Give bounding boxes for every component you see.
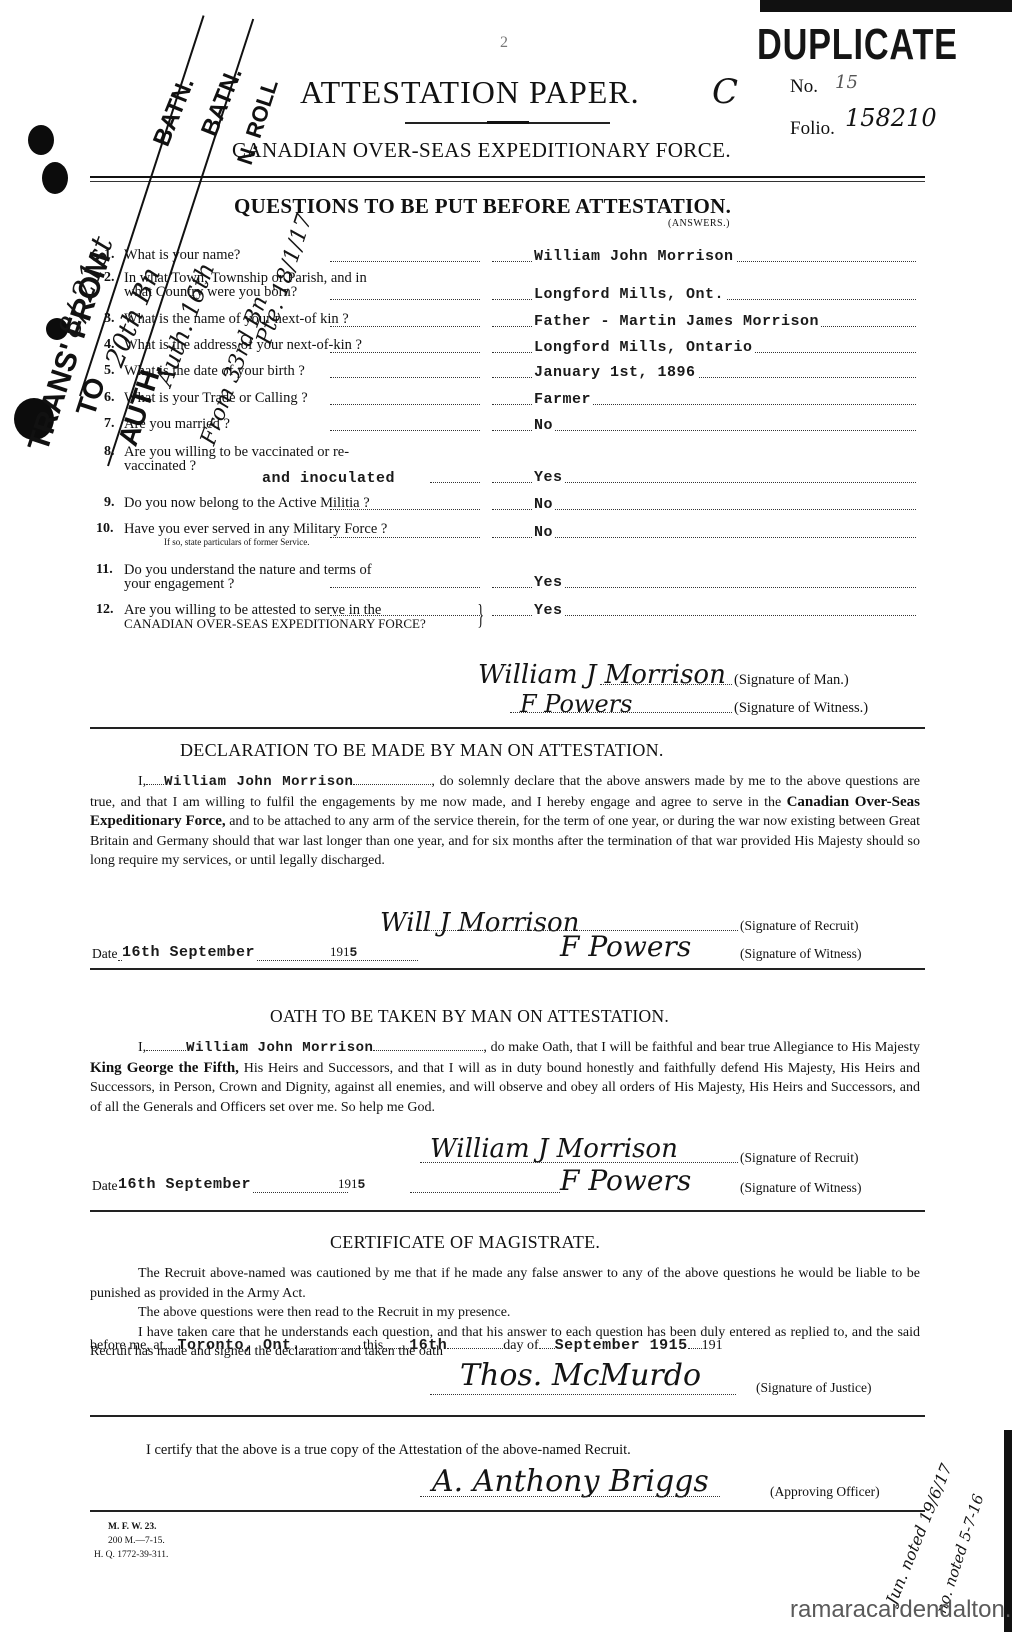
signature-man: William J Morrison xyxy=(478,660,726,690)
signature-approving-officer: A. Anthony Briggs xyxy=(432,1464,709,1499)
question-leader xyxy=(330,587,480,588)
answer-value: No xyxy=(532,496,555,513)
answer-value: January 1st, 1896 xyxy=(532,364,698,381)
declaration-name: William John Morrison xyxy=(164,774,353,790)
declaration-signature-recruit-label: (Signature of Recruit) xyxy=(740,918,858,934)
signature-justice-label: (Signature of Justice) xyxy=(756,1380,871,1396)
signature-justice-line xyxy=(430,1394,736,1395)
signature-man-label: (Signature of Man.) xyxy=(734,672,849,689)
stamp-batn-1: BATN. xyxy=(148,74,201,151)
declaration-date-label: Date xyxy=(92,946,117,962)
declaration-signature-witness: F Powers xyxy=(560,930,691,964)
brace: } xyxy=(477,600,484,632)
declaration-signature-witness-label: (Signature of Witness) xyxy=(740,946,861,962)
watermark: ramaracardendalton.com xyxy=(790,1596,1012,1624)
oath-date-label: Date xyxy=(92,1178,117,1194)
signature-officer-line xyxy=(420,1496,720,1497)
question-leader xyxy=(330,377,480,378)
question-leader xyxy=(330,430,480,431)
magistrate-place-line: before me, atToronto, Ont.this16thday of… xyxy=(90,1337,920,1354)
question-number: 11. xyxy=(96,562,113,578)
form-code-3: H. Q. 1772-39-311. xyxy=(94,1550,168,1560)
question-leader xyxy=(430,482,480,483)
signature-man-line xyxy=(600,684,732,685)
answer-value: Yes xyxy=(532,574,565,591)
section-divider xyxy=(90,968,925,970)
signature-justice: Thos. McMurdo xyxy=(460,1358,701,1393)
answer-leader xyxy=(492,430,916,431)
signature-officer-label: (Approving Officer) xyxy=(770,1484,880,1500)
answer-value: No xyxy=(532,524,555,541)
question-text: your engagement ? xyxy=(124,576,234,593)
answer-value: Yes xyxy=(532,602,565,619)
double-rule-bottom xyxy=(90,181,925,182)
typed-insert: and inoculated xyxy=(262,470,395,487)
form-code-1: M. F. W. 23. xyxy=(108,1522,156,1532)
magistrate-month-year: September 1915 xyxy=(555,1337,688,1354)
oath-title: OATH TO BE TAKEN BY MAN ON ATTESTATION. xyxy=(270,1006,669,1027)
signature-witness-label: (Signature of Witness.) xyxy=(734,700,868,717)
answer-leader xyxy=(492,509,916,510)
double-rule-top xyxy=(90,176,925,178)
question-subnote: If so, state particulars of former Servi… xyxy=(164,537,309,547)
answer-value: Farmer xyxy=(532,391,593,408)
magistrate-title: CERTIFICATE OF MAGISTRATE. xyxy=(330,1232,600,1253)
title-annotation: C xyxy=(712,72,738,112)
question-text: CANADIAN OVER-SEAS EXPEDITIONARY FORCE? xyxy=(124,616,426,632)
oath-date-value: 16th September xyxy=(118,1176,253,1193)
oath-witness-line xyxy=(410,1192,560,1193)
answer-value: Father - Martin James Morrison xyxy=(532,313,821,330)
oath-signature-recruit-label: (Signature of Recruit) xyxy=(740,1150,858,1166)
declaration-year: 1915 xyxy=(330,944,358,960)
signature-witness: F Powers xyxy=(520,690,632,719)
question-leader xyxy=(330,537,480,538)
document-subtitle: CANADIAN OVER-SEAS EXPEDITIONARY FORCE. xyxy=(232,138,731,163)
answer-value: William John Morrison xyxy=(532,248,736,265)
question-text: Have you ever served in any Military For… xyxy=(124,521,387,538)
oath-signature-recruit: William J Morrison xyxy=(430,1134,678,1164)
number-value: 15 xyxy=(835,72,858,93)
question-text: vaccinated ? xyxy=(124,458,196,475)
duplicate-stamp: DUPLICATE xyxy=(757,20,958,70)
question-leader xyxy=(330,615,480,616)
oath-signature-witness-label: (Signature of Witness) xyxy=(740,1180,861,1196)
folio-label: Folio. xyxy=(790,118,835,140)
answer-value: Longford Mills, Ont. xyxy=(532,286,726,303)
certify-text: I certify that the above is a true copy … xyxy=(146,1442,631,1459)
question-leader xyxy=(330,509,480,510)
section-divider xyxy=(90,1415,925,1417)
declaration-date-value: 16th September xyxy=(122,944,257,961)
question-text: What is your name? xyxy=(124,247,240,264)
form-code-2: 200 M.—7-15. xyxy=(108,1536,165,1546)
declaration-title: DECLARATION TO BE MADE BY MAN ON ATTESTA… xyxy=(180,740,664,761)
question-number: 10. xyxy=(96,521,114,537)
oath-text: I,William John Morrison, do make Oath, t… xyxy=(90,1038,920,1117)
section-divider xyxy=(90,1510,925,1512)
page-mark: 2 xyxy=(500,34,508,52)
document-title: ATTESTATION PAPER. xyxy=(300,74,640,111)
ink-blot xyxy=(42,162,68,194)
title-rule-accent xyxy=(487,121,529,124)
magistrate-day: 16th xyxy=(409,1337,447,1354)
oath-signature-witness: F Powers xyxy=(560,1164,691,1198)
answers-label: (ANSWERS.) xyxy=(668,218,730,229)
declaration-signature-recruit: Will J Morrison xyxy=(380,908,579,938)
scan-edge-bar xyxy=(760,0,1012,12)
question-leader xyxy=(330,261,480,262)
section-divider xyxy=(90,727,925,729)
question-number: 7. xyxy=(104,416,115,432)
magistrate-place: Toronto, Ont. xyxy=(177,1337,301,1354)
question-leader xyxy=(330,326,480,327)
question-leader xyxy=(330,404,480,405)
folio-value: 158210 xyxy=(845,104,937,132)
question-leader xyxy=(330,352,480,353)
answer-value: Yes xyxy=(532,469,565,486)
oath-name: William John Morrison xyxy=(186,1040,373,1056)
number-label: No. xyxy=(790,76,818,98)
question-leader xyxy=(330,299,480,300)
question-number: 9. xyxy=(104,495,115,511)
oath-signature-recruit-line xyxy=(420,1162,738,1163)
section-divider xyxy=(90,1210,925,1212)
answer-leader xyxy=(492,537,916,538)
answer-value: Longford Mills, Ontario xyxy=(532,339,755,356)
answer-value: No xyxy=(532,417,555,434)
question-number: 12. xyxy=(96,602,114,618)
punch-hole xyxy=(28,125,54,155)
oath-year: 1915 xyxy=(338,1176,366,1192)
signature-witness-line xyxy=(510,712,732,713)
declaration-text: I,William John Morrison, do solemnly dec… xyxy=(90,772,920,871)
